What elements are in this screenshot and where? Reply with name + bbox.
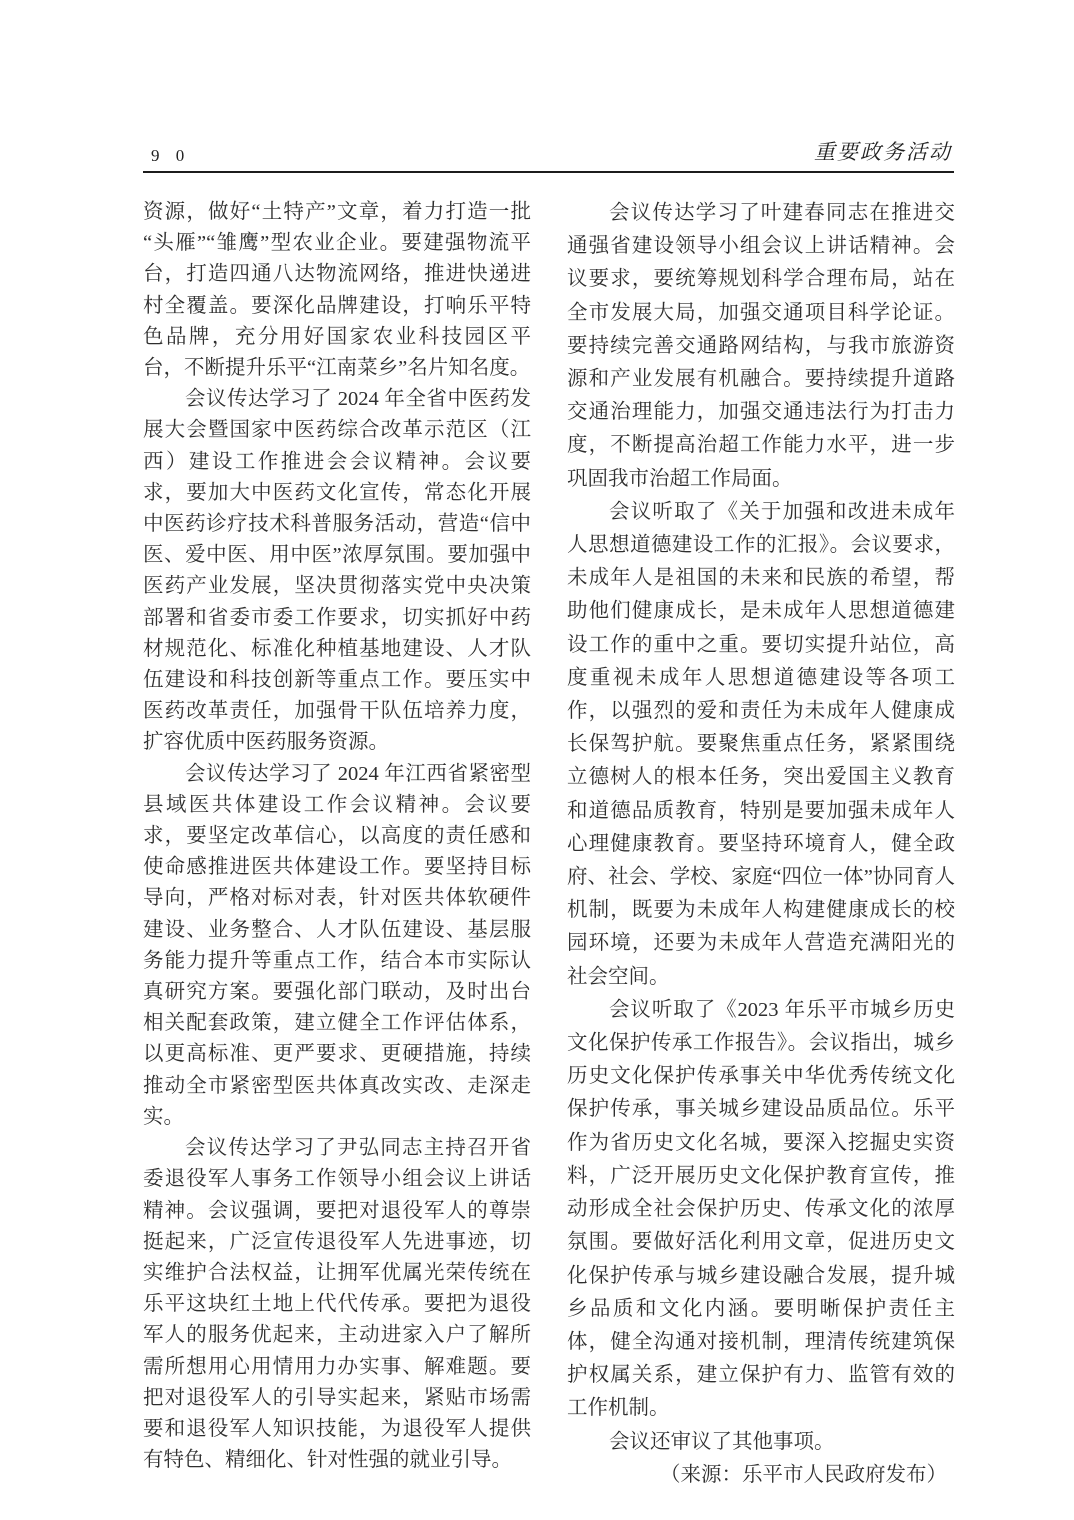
- page-header: 9 0 重要政务活动: [143, 136, 954, 173]
- paragraph: 会议还审议了其他事项。: [567, 1426, 955, 1459]
- paragraph: 会议传达学习了尹弘同志主持召开省委退役军人事务工作领导小组会议上讲话精神。会议强…: [143, 1133, 531, 1476]
- paragraph: 会议听取了《2023 年乐平市城乡历史文化保护传承工作报告》。会议指出，城乡历史…: [567, 994, 955, 1426]
- section-title: 重要政务活动: [814, 136, 954, 166]
- right-column: 会议传达学习了叶建春同志在推进交通强省建设领导小组会议上讲话精神。会议要求，要统…: [567, 197, 955, 1492]
- paragraph: 会议传达学习了 2024 年江西省紧密型县域医共体建设工作会议精神。会议要求，要…: [143, 759, 531, 1133]
- content-columns: 资源，做好“土特产”文章，着力打造一批“头雁”“雏鹰”型农业企业。要建强物流平台…: [143, 173, 955, 1492]
- paragraph-continuation: 资源，做好“土特产”文章，着力打造一批“头雁”“雏鹰”型农业企业。要建强物流平台…: [143, 197, 531, 384]
- paragraph: 会议听取了《关于加强和改进未成年人思想道德建设工作的汇报》。会议要求，未成年人是…: [567, 496, 955, 994]
- source-line: （来源：乐平市人民政府发布）: [567, 1459, 955, 1492]
- paragraph: 会议传达学习了叶建春同志在推进交通强省建设领导小组会议上讲话精神。会议要求，要统…: [567, 197, 955, 496]
- document-page: 9 0 重要政务活动 资源，做好“土特产”文章，着力打造一批“头雁”“雏鹰”型农…: [0, 0, 1074, 1520]
- left-column: 资源，做好“土特产”文章，着力打造一批“头雁”“雏鹰”型农业企业。要建强物流平台…: [143, 197, 531, 1492]
- paragraph: 会议传达学习了 2024 年全省中医药发展大会暨国家中医药综合改革示范区（江西）…: [143, 384, 531, 758]
- page-number: 9 0: [143, 146, 190, 166]
